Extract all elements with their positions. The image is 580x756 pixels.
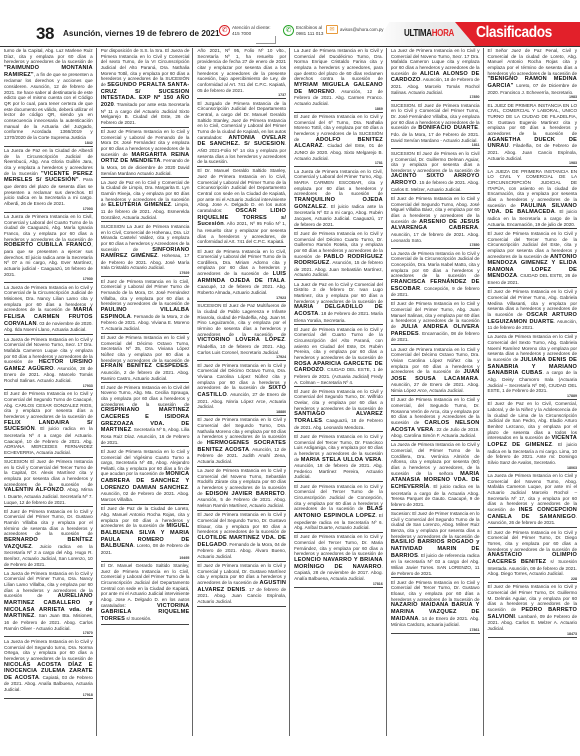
classified-ad: La Juez de Primera Instancia en lo Civil… [391, 347, 480, 396]
deceased-name: VALENTIN ALFONZO [4, 487, 64, 493]
classified-ad: turno de la Capital, Abg. Luz Marlene Ru… [4, 48, 93, 147]
classified-ad: El Juez de Primera Instancia en lo Civil… [391, 397, 480, 441]
ad-code: 17930 [4, 277, 93, 281]
ad-text: El Juez de Primera Instancia en lo Civil… [4, 509, 93, 537]
classified-ad: El Juez de Primera Instancia en lo Civil… [101, 129, 190, 178]
classified-ad: El Juez de Primera Instancia en lo Civil… [101, 279, 190, 334]
ad-code: 17816 [294, 582, 383, 586]
ad-text: El Juez de Primera Instancia en lo Civil… [101, 335, 190, 363]
customer-service-label: Atención al cliente: [232, 25, 271, 30]
ad-code: 17918 [4, 693, 93, 697]
brand-ultima: ULTIMA [404, 28, 432, 39]
column-2: Por disposición de S.S. la Sra. El Jueza… [97, 48, 194, 736]
ad-code: 18880 [197, 410, 286, 414]
classified-ad: El Juez de Primera Instancia en lo Civil… [197, 512, 286, 561]
classified-ad: El Juez de Paz en lo Civil, Comercial, L… [488, 401, 578, 471]
decorative-frame [256, 36, 276, 44]
classified-ad: La Jueza de Primera Instancia en lo Civi… [4, 571, 93, 638]
ad-code: 17870 [4, 631, 93, 635]
ad-code: 17933 [4, 384, 93, 388]
classified-ad: El Juez de Primera Instancia en lo Civil… [294, 534, 383, 587]
classified-ad: Por disposición de S.S. la Sra. El Jueza… [101, 48, 190, 128]
phone-icon: ✆ [219, 25, 230, 36]
ad-text: El Dr. Manuel Gerardo Saltido Stanley, J… [101, 563, 190, 608]
classified-ad: La Jueza de Primera Instancia en lo Civi… [4, 285, 93, 335]
whatsapp-number: 0981 111 013 [296, 31, 323, 36]
ad-code: 1983 [488, 161, 578, 165]
classified-ad: El Juez de Primera Instancia en lo Civil… [391, 301, 480, 345]
classified-ad: La Juez de Paz en lo Civil y Comercial d… [294, 282, 383, 326]
classified-ad: La Jueza de Paz en la Ciudad de Alberdi … [4, 148, 93, 213]
classified-ad: La Jueza de Primera Instancia en lo Civi… [488, 334, 578, 400]
ad-text: La Jueza de Primera Instancia en lo Civi… [4, 639, 93, 661]
column-6: El Señor Juez de Paz Penal, Civil y Come… [484, 48, 580, 736]
classified-ad: La Juez de Primera Instancia en lo Civil… [197, 468, 286, 511]
ad-code: 1737 [197, 93, 286, 97]
classified-ad: El Juez de Primera Instancia en lo Civil… [101, 385, 190, 448]
classified-ad: El Juez de Primera Instancia en lo Civil… [197, 249, 286, 302]
ad-text: Sucesion: El Juez de Primer Instancia en… [391, 511, 480, 539]
envelope-icon: ✉ [326, 25, 338, 34]
ad-text: La Jueza de Primera Instancia en lo Civi… [4, 214, 93, 242]
classified-ad: La Juez de Primera Instancia en lo Civil… [391, 48, 480, 101]
column-4: La Juez de Primera Instancia en lo Civil… [290, 48, 387, 736]
newspaper-page: 38 Asunción, viernes 19 de febrero de 20… [0, 22, 580, 734]
ad-text: El Juez de Primera Instancia en lo Civil… [197, 512, 286, 534]
header-divider [0, 46, 580, 47]
classified-ad: El Juez de Primera Instancia en lo Civil… [488, 289, 578, 333]
ad-text: SUCESION El Juez de Primera en lo Civil … [391, 151, 480, 173]
ad-code: 18063 [488, 466, 578, 470]
ad-text: El Juez de Primera Instancia en lo Civil… [101, 279, 190, 307]
classified-ad: El Juez de Primera Instancia en lo Civil… [101, 335, 190, 383]
classified-ad: El Juez de Primera Instancia en lo Civil… [488, 231, 578, 288]
ad-text: El Juez de Primera Instancia en lo Civil… [294, 389, 383, 411]
classified-ad: Año 2021, Nº 95, Folio Nº 10 vlto., Secr… [197, 48, 286, 99]
ad-text: El Señor Juez de Paz Penal, Civil y Come… [488, 48, 578, 76]
classified-ad: El Dr. Manuel Geraldo Saltido Stanley, J… [197, 168, 286, 247]
classified-ad: La Jueza de Primera Instancia en lo Civi… [488, 473, 578, 528]
ad-text: La Jueza de Primera Instancia en lo Civi… [391, 251, 480, 279]
customer-service-number: 415 7000 [232, 31, 251, 36]
ad-text: SUCESION El Juez de Paz Multifueros de l… [197, 303, 286, 336]
classified-ad: El Juez de Primera Instancia en lo Civil… [488, 584, 578, 637]
whatsapp-label: Escribinos al [296, 25, 322, 30]
email-address: avisos@uhora.com.py [340, 27, 384, 33]
ad-code: 17889 [488, 394, 578, 398]
ad-code: 17850 [391, 95, 480, 99]
ad-text: EL JUEZ DE PRIMERA INSTANCIA EN LO CIVIL… [488, 103, 578, 136]
classified-ad: El Juez de Primera Instancia en lo Civil… [391, 580, 480, 634]
ad-text: El Juez de Primera Instancia en lo Civil… [101, 385, 190, 407]
classified-ad: SUCESION El Juez de Paz Multifueros de l… [197, 303, 286, 361]
ad-code: 17003 [4, 207, 93, 211]
whatsapp-contact: ✆ Escribinos al 0981 111 013 [283, 25, 323, 36]
classified-ad: El Juez de Primera Instancia en lo Civil… [197, 563, 286, 607]
classified-ad: El Juez de Paz de la Ciudad de Loreto, A… [101, 506, 190, 561]
classified-ad: El Juez de Primera Instancia en lo Civil… [391, 196, 480, 249]
ad-text-continued: , a fin de que se presenten a reclamar l… [4, 72, 93, 140]
ad-text: El Juez de Primera Instancia en lo Civil… [488, 530, 578, 552]
classified-ad: El Juez de Primera Instancia en lo Civil… [488, 530, 578, 583]
deceased-name: EFRAÍN BENÍTEZ CESPEDES [101, 363, 188, 369]
classified-ad: El Juez de Primera Instancia en lo Civil… [197, 417, 286, 466]
classified-ad: El Juez de Primera Instancia en lo Civil… [294, 231, 383, 280]
ad-code: 17861 [391, 628, 480, 632]
ad-text: SUCESION El Juez de Primera Instancia en… [4, 459, 93, 487]
ad-code: 19495 [101, 556, 190, 560]
classified-ad: El Juez de Primera Instancia en lo Civil… [294, 484, 383, 533]
deceased-name: EDISON JAVIER BARRETO [205, 491, 284, 497]
ad-text: El Juez de Primera Instancia en lo Civil… [294, 327, 383, 360]
classified-ad: La Jueza de Primera Instancia en lo Civi… [391, 442, 480, 509]
classified-ad: El Juez de Primera Instancia en lo Civil… [294, 389, 383, 433]
ad-code: 17924 [197, 355, 286, 359]
ad-text: La Juez de Primera Instancia en lo Civil… [294, 48, 383, 81]
brand-logo: ULTIMAHORA [404, 28, 454, 39]
page-number: 38 [36, 24, 54, 44]
classified-ad: El Juzgado de Primera Instancia de la Ci… [197, 101, 286, 167]
classified-ad: EL JUEZ DE PRIMERA INSTANCIA EN LO CIVIL… [488, 103, 578, 168]
classified-ad: La Juez de Primera Instancia en lo Civil… [294, 48, 383, 113]
column-1: turno de la Capital, Abg. Luz Marlene Ru… [0, 48, 97, 736]
section-title: Clasificados [476, 24, 552, 42]
page-header: 38 Asunción, viernes 19 de febrero de 20… [0, 22, 580, 46]
classified-ad: El Señor Juez de Paz Penal, Civil y Come… [488, 48, 578, 101]
classified-ad: El Juez de Primera Instancia en lo Civil… [101, 449, 190, 505]
classified-ad: El Juez de Primera Instancia en lo Civil… [4, 509, 93, 570]
deceased-name: ELEUTERIA GIMENEZ [108, 202, 171, 208]
ad-text: turno de la Capital, Abg. Luz Marlene Ru… [4, 48, 93, 64]
classified-ad: La Jueza de Primera Instancia en lo Civi… [391, 251, 480, 300]
whatsapp-icon: ✆ [283, 25, 294, 36]
classified-ad: El Juez de Primera Instancia en lo Civil… [4, 391, 93, 457]
classified-ad: La Jueza de Primera Instancia en lo Civi… [294, 169, 383, 230]
classified-ad: El Juez de Primera Instancia en lo Civil… [294, 327, 383, 388]
ad-code: 1781 [294, 161, 383, 165]
email-contact: ✉ avisos@uhora.com.py [326, 25, 384, 34]
column-5: La Juez de Primera Instancia en lo Civil… [387, 48, 484, 736]
brand-hora: HORA [432, 28, 454, 39]
ad-text: El Juez de Primera Instancia en lo Civil… [391, 580, 480, 602]
classified-ad: La Juez de Paz en lo Civil y Comercial d… [101, 180, 190, 223]
ad-code: 1842 [4, 141, 93, 145]
ad-code: 17923 [197, 296, 286, 300]
ad-text-continued: s/ Sucesión. [125, 616, 151, 621]
ad-text-continued: . Tramitado por ante esta Secretaría Nº … [101, 102, 190, 125]
ad-text: El Juez de Primera Instancia en lo Civil… [4, 391, 93, 419]
deceased-name: ROBERTO CUBILLA FRANCO [4, 242, 91, 248]
classified-ad: La Jueza de Primera Instancia en lo Civi… [4, 214, 93, 283]
ad-text: Año 2021, Nº 95, Folio Nº 10 vlto., Secr… [197, 48, 286, 93]
classified-ad: SUCESION La Juez de Primera Instancia en… [101, 224, 190, 277]
classified-ad: SUCESION. El Juez de Primera Instancia e… [391, 103, 480, 150]
classified-ad: La Jueza de Primera Instancia en lo Civi… [4, 337, 93, 390]
ad-text: El Juez de Primera Instancia en lo Civil… [294, 534, 383, 556]
deceased-name: LEONCIO NAVARRO Y BRIANA MORÍNIGO DE NAV… [294, 557, 383, 570]
publication-date: Asunción, viernes 19 de febrero de 2021 [63, 29, 220, 38]
deceased-name: MARIA STELA ULLOA VERA [301, 457, 382, 463]
deceased-name: BONIFACIO DUARTE [418, 125, 478, 131]
classified-ad: La Jueza de Primera Instancia en lo Civi… [4, 639, 93, 699]
ad-text: La Juez de Paz en lo Civil y Comercial d… [294, 282, 383, 304]
ad-text: La Jueza de Primera Instancia en lo Civi… [294, 169, 383, 197]
ad-code: 228 [488, 577, 578, 581]
ad-code: 1811 [391, 143, 480, 147]
ad-text: El Dr. Manuel Geraldo Saltido Stanley, J… [197, 168, 286, 213]
ad-code: 18473 [488, 632, 578, 636]
classified-columns: turno de la Capital, Abg. Luz Marlene Ru… [0, 48, 580, 736]
classified-ad: Sucesion: El Juez de Primer Instancia en… [391, 511, 480, 578]
ad-code: 17929 [101, 271, 190, 275]
customer-service-contact: ✆ Atención al cliente: 415 7000 [219, 25, 271, 36]
classified-ad: El Juez de Primera Instancia en lo Civil… [197, 363, 286, 416]
ad-code: 1983 [488, 95, 578, 99]
classified-ad: LA JUEZA DE PRIMERA INSTANCIA EN LO CIVI… [488, 169, 578, 230]
deceased-name: VICTORINO LOVERA LÓPEZ [197, 337, 284, 343]
classified-ad: El Juez de Primera Instancia en lo Civil… [294, 114, 383, 167]
column-3: Año 2021, Nº 95, Folio Nº 10 vlto., Secr… [193, 48, 290, 736]
classified-ad: El Dr. Manuel Gerardo Saltido Stanley, J… [101, 563, 190, 625]
classified-ad: SUCESION El Juez de Primera Instancia en… [4, 459, 93, 507]
classified-ad: El Juez de Primera Instancia en lo Civil… [294, 434, 383, 482]
ad-code: 1869 [294, 107, 383, 111]
classified-ad: SUCESION El Juez de Primera en lo Civil … [391, 151, 480, 195]
ad-code: 17850 [391, 243, 480, 247]
